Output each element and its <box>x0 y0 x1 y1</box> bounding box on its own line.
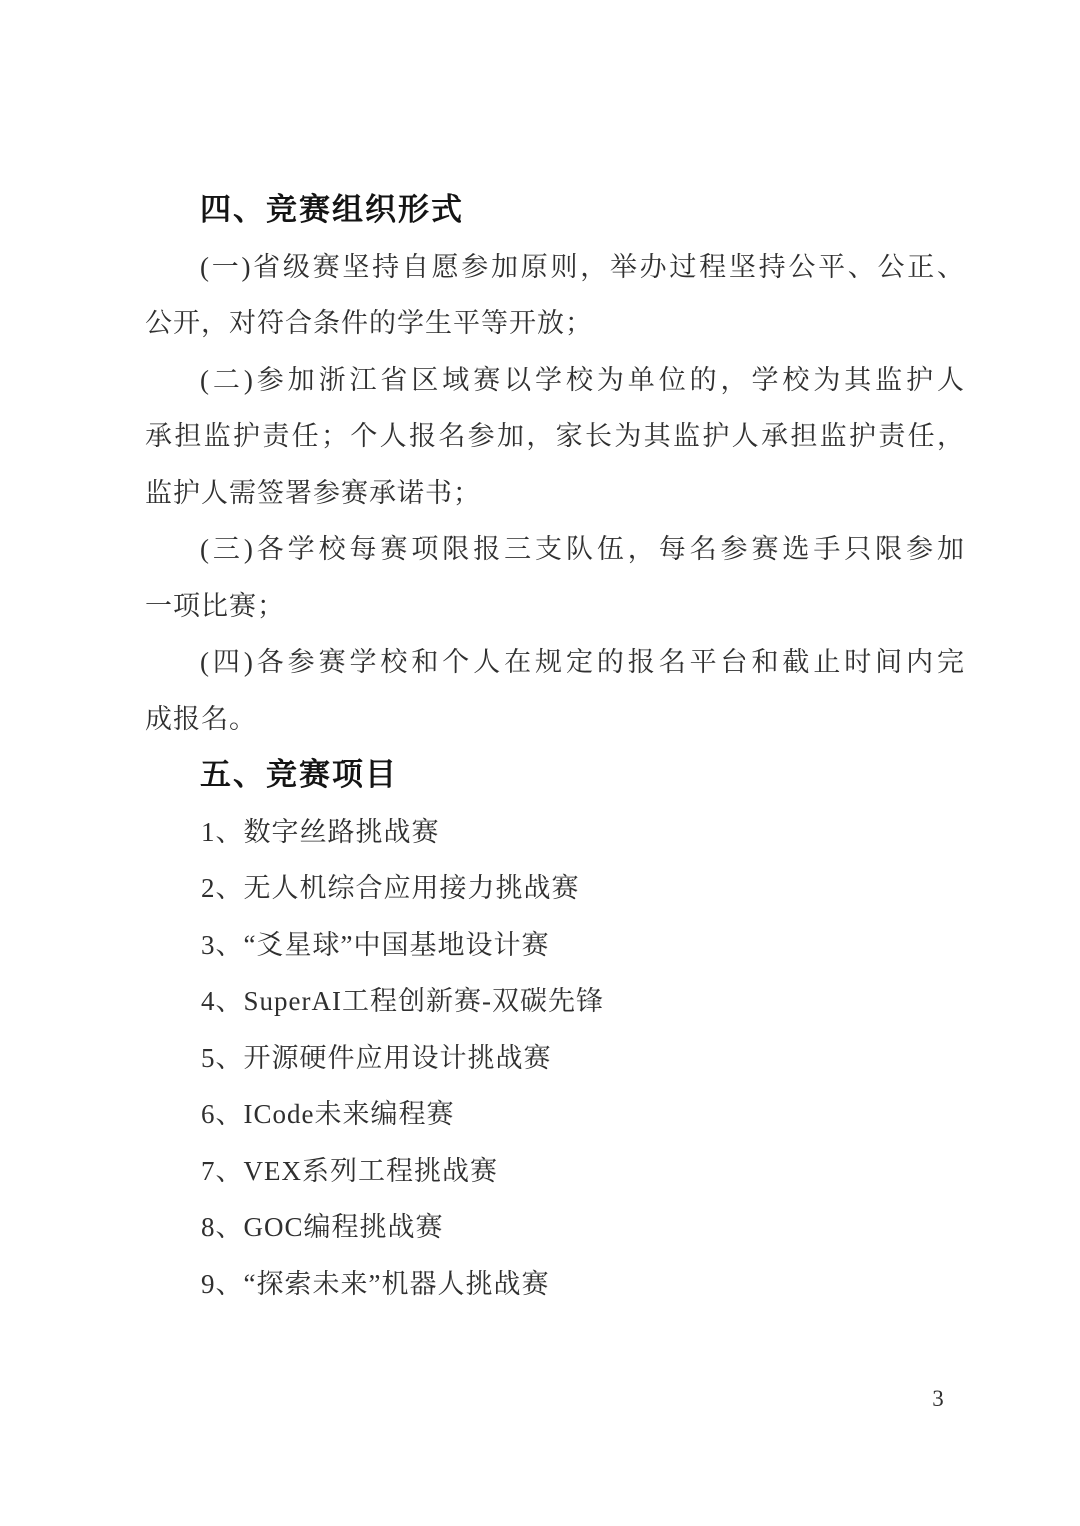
section-heading-competition-organization: 四、竞赛组织形式 <box>145 182 965 239</box>
paragraph-2: (二)参加浙江省区域赛以学校为单位的，学校为其监护人 承担监护责任；个人报名参加… <box>145 352 965 522</box>
competition-item-9: 9、“探索未来”机器人挑战赛 <box>145 1256 965 1313</box>
paragraph-line: 监护人需签署参赛承诺书； <box>145 465 965 522</box>
competition-item-1: 1、数字丝路挑战赛 <box>145 804 965 861</box>
page-number: 3 <box>918 1384 958 1414</box>
paragraph-line: (二)参加浙江省区域赛以学校为单位的，学校为其监护人 <box>145 352 965 409</box>
competition-item-3: 3、“爻星球”中国基地设计赛 <box>145 917 965 974</box>
paragraph-line: 公开，对符合条件的学生平等开放； <box>145 295 965 352</box>
paragraph-line: 承担监护责任；个人报名参加，家长为其监护人承担监护责任， <box>145 408 965 465</box>
paragraph-line: 成报名。 <box>145 691 965 748</box>
competition-item-5: 5、开源硬件应用设计挑战赛 <box>145 1030 965 1087</box>
paragraph-line: (一)省级赛坚持自愿参加原则，举办过程坚持公平、公正、 <box>145 239 965 296</box>
paragraph-line: (三)各学校每赛项限报三支队伍，每名参赛选手只限参加 <box>145 521 965 578</box>
competition-item-7: 7、VEX系列工程挑战赛 <box>145 1143 965 1200</box>
section-heading-competition-events: 五、竞赛项目 <box>145 747 965 804</box>
paragraph-4: (四)各参赛学校和个人在规定的报名平台和截止时间内完 成报名。 <box>145 634 965 747</box>
paragraph-line: (四)各参赛学校和个人在规定的报名平台和截止时间内完 <box>145 634 965 691</box>
paragraph-3: (三)各学校每赛项限报三支队伍，每名参赛选手只限参加 一项比赛； <box>145 521 965 634</box>
document-content: 四、竞赛组织形式 (一)省级赛坚持自愿参加原则，举办过程坚持公平、公正、 公开，… <box>145 182 965 1312</box>
paragraph-1: (一)省级赛坚持自愿参加原则，举办过程坚持公平、公正、 公开，对符合条件的学生平… <box>145 239 965 352</box>
competition-item-2: 2、无人机综合应用接力挑战赛 <box>145 860 965 917</box>
competition-item-8: 8、GOC编程挑战赛 <box>145 1199 965 1256</box>
paragraph-line: 一项比赛； <box>145 578 965 635</box>
competition-item-4: 4、SuperAI工程创新赛-双碳先锋 <box>145 973 965 1030</box>
competition-item-6: 6、ICode未来编程赛 <box>145 1086 965 1143</box>
document-page: 四、竞赛组织形式 (一)省级赛坚持自愿参加原则，举办过程坚持公平、公正、 公开，… <box>0 0 1080 1526</box>
